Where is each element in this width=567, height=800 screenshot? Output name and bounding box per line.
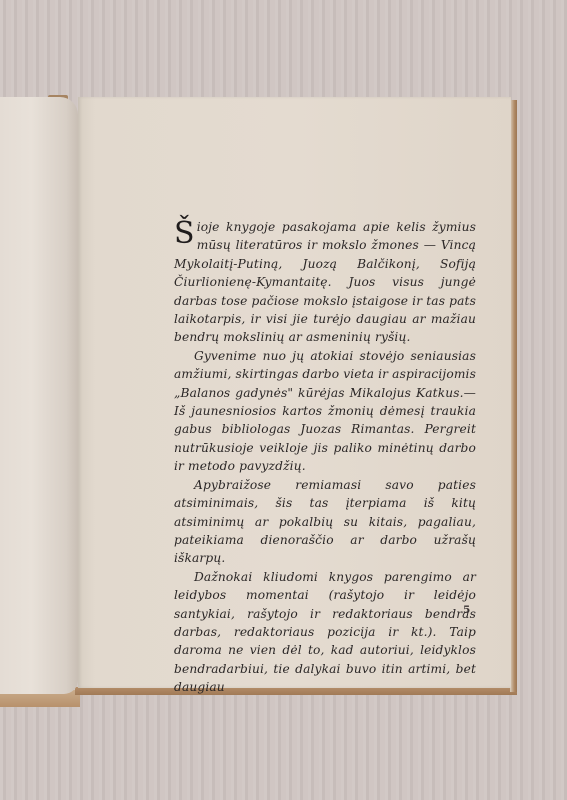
page-number: 5 — [463, 604, 470, 616]
paragraph-4: Dažnokai kliudomi knygos parengimo ar le… — [174, 568, 476, 697]
cover-edge-right — [510, 100, 517, 692]
paragraph-3: Apybraižose remiamasi savo paties atsimi… — [174, 476, 476, 568]
page-text: Šioje knygoje pasakojama apie kelis žymi… — [174, 218, 476, 697]
paragraph-2: Gyvenime nuo jų atokiai stovėjo seniausi… — [174, 347, 476, 476]
drop-cap: Š — [174, 224, 195, 244]
paragraph-1-text: ioje knygoje pasakojama apie kelis žymiu… — [174, 220, 476, 344]
paragraph-1: Šioje knygoje pasakojama apie kelis žymi… — [174, 218, 476, 347]
left-page-curl — [0, 97, 78, 694]
